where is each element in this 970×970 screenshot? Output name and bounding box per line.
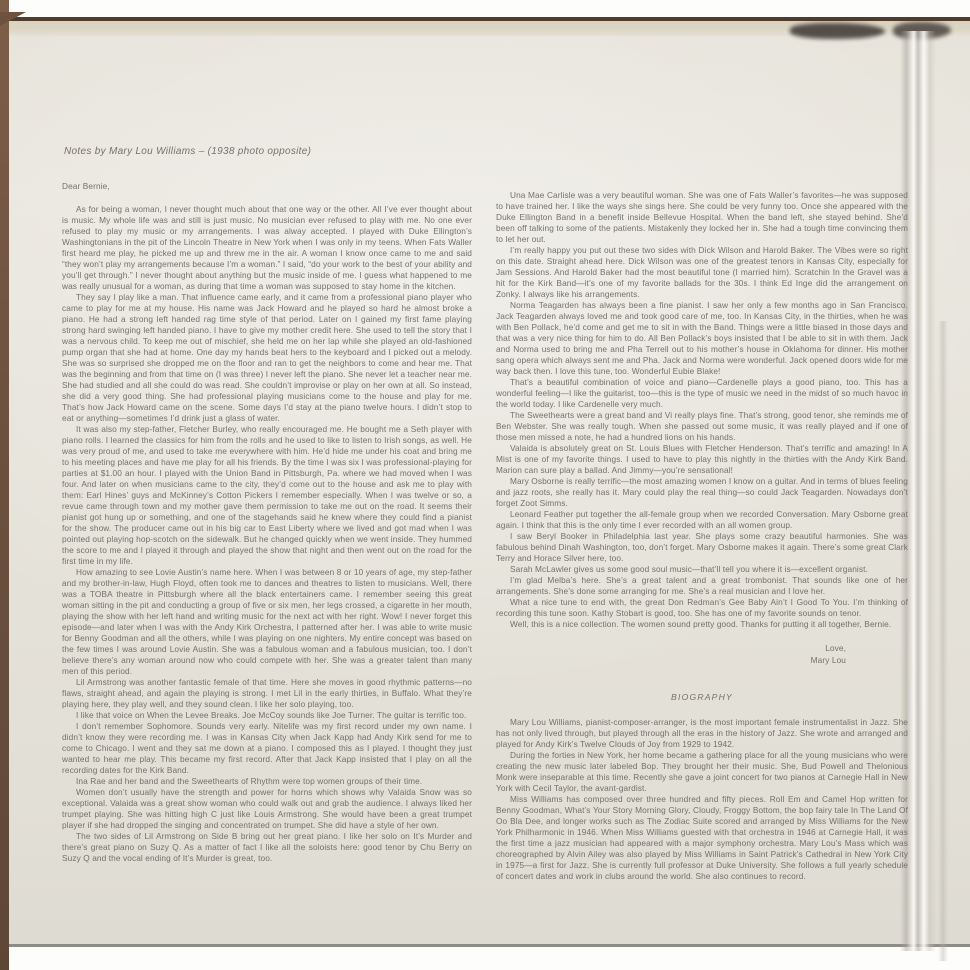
paragraph: I saw Beryl Booker in Philadelphia last … <box>496 531 908 564</box>
paragraph: During the forties in New York, her home… <box>496 750 908 794</box>
paragraph: Ina Rae and her band and the Sweethearts… <box>62 776 472 787</box>
paragraph: I don’t remember Sophomore. Sounds very … <box>62 721 472 776</box>
closing-love: Love, <box>496 642 846 654</box>
paragraph: Leonard Feather put together the all-fem… <box>496 509 908 531</box>
right-text-column: Una Mae Carlisle was a very beautiful wo… <box>496 190 908 882</box>
paragraph: The Sweethearts were a great band and Vi… <box>496 410 908 443</box>
paragraph: Mary Osborne is really terrific—the most… <box>496 476 908 509</box>
paragraph: Una Mae Carlisle was a very beautiful wo… <box>496 190 908 245</box>
paragraph: I’m glad Melba’s here. She’s a great tal… <box>496 575 908 597</box>
paragraph: Women don’t usually have the strength an… <box>62 787 472 831</box>
paragraph: As for being a woman, I never thought mu… <box>62 204 472 292</box>
paragraph: They say I play like a man. That influen… <box>62 292 472 424</box>
album-spine <box>0 0 9 970</box>
paragraph: Norma Teagarden has always been a fine p… <box>496 300 908 377</box>
paragraph: I’m really happy you put out these two s… <box>496 245 908 300</box>
paragraph: That’s a beautiful combination of voice … <box>496 377 908 410</box>
paragraph: I like that voice on When the Levee Brea… <box>62 710 472 721</box>
paragraph: Lil Armstrong was another fantastic fema… <box>62 677 472 710</box>
paragraph: How amazing to see Lovie Austin’s name h… <box>62 567 472 677</box>
paragraph: Well, this is a nice collection. The wom… <box>496 619 908 630</box>
paragraph: Sarah McLawler gives us some good soul m… <box>496 564 908 575</box>
paragraph: What a nice tune to end with, the great … <box>496 597 908 619</box>
closing-signature: Mary Lou <box>496 654 846 666</box>
paragraph: It was also my step-father, Fletcher Bur… <box>62 424 472 567</box>
edge-smudge <box>790 23 885 39</box>
letter-closing: Love, Mary Lou <box>496 642 908 666</box>
shrinkwrap-crease <box>938 321 948 961</box>
paragraph: Miss Williams has composed over three hu… <box>496 794 908 882</box>
paragraph: The two sides of Lil Armstrong on Side B… <box>62 831 472 864</box>
left-text-column: Dear Bernie, As for being a woman, I nev… <box>62 181 472 864</box>
left-paragraphs: As for being a woman, I never thought mu… <box>62 204 472 864</box>
photo-background: Notes by Mary Lou Williams – (1938 photo… <box>0 0 970 970</box>
salutation: Dear Bernie, <box>62 181 472 192</box>
liner-notes-title: Notes by Mary Lou Williams – (1938 photo… <box>64 146 311 157</box>
right-paragraphs: Una Mae Carlisle was a very beautiful wo… <box>496 190 908 630</box>
paragraph: Valaida is absolutely great on St. Louis… <box>496 443 908 476</box>
biography-paragraphs: Mary Lou Williams, pianist-composer-arra… <box>496 717 908 882</box>
biography-heading: BIOGRAPHY <box>496 692 908 703</box>
paragraph: Mary Lou Williams, pianist-composer-arra… <box>496 717 908 750</box>
